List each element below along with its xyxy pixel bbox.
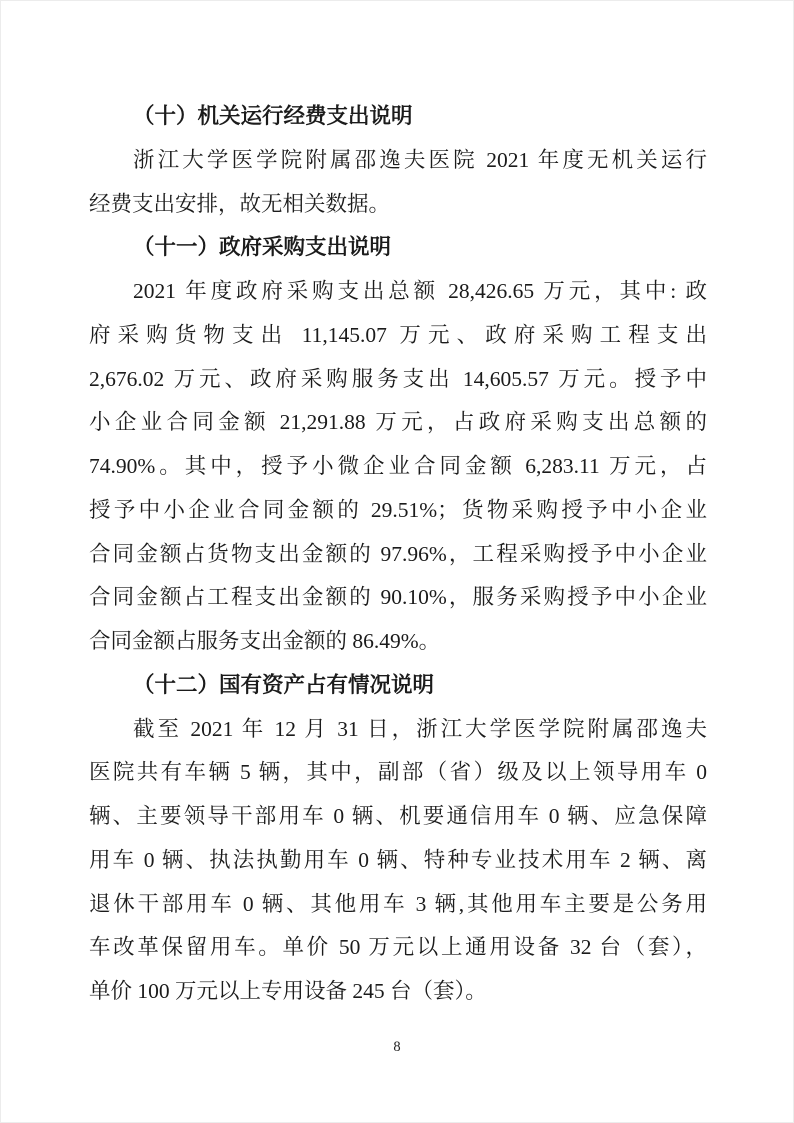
body-line: 2021 年度政府采购支出总额 28,426.65 万元，其中: 政 bbox=[89, 270, 707, 314]
body-line: 用车 0 辆、执法执勤用车 0 辆、特种专业技术用车 2 辆、离 bbox=[89, 839, 707, 883]
body-line: 74.90%。其中，授予小微企业合同金额 6,283.11 万元，占 bbox=[89, 445, 707, 489]
body-line: 2,676.02 万元、政府采购服务支出 14,605.57 万元。授予中 bbox=[89, 358, 707, 402]
heading-org-operating-expense: （十）机关运行经费支出说明 bbox=[89, 95, 707, 139]
document-page: （十）机关运行经费支出说明 浙江大学医学院附属邵逸夫医院 2021 年度无机关运… bbox=[0, 0, 794, 1123]
body-line: 合同金额占服务支出金额的 86.49%。 bbox=[89, 620, 707, 664]
body-line: 辆、主要领导干部用车 0 辆、机要通信用车 0 辆、应急保障 bbox=[89, 795, 707, 839]
body-line: 小企业合同金额 21,291.88 万元，占政府采购支出总额的 bbox=[89, 401, 707, 445]
body-line: 合同金额占工程支出金额的 90.10%，服务采购授予中小企业 bbox=[89, 576, 707, 620]
body-line: 浙江大学医学院附属邵逸夫医院 2021 年度无机关运行 bbox=[89, 139, 707, 183]
body-line: 经费支出安排，故无相关数据。 bbox=[89, 183, 707, 227]
body-line: 退休干部用车 0 辆、其他用车 3 辆,其他用车主要是公务用 bbox=[89, 883, 707, 927]
body-line: 车改革保留用车。单价 50 万元以上通用设备 32 台（套）， bbox=[89, 926, 707, 970]
document-body: （十）机关运行经费支出说明 浙江大学医学院附属邵逸夫医院 2021 年度无机关运… bbox=[89, 95, 707, 1014]
body-line: 单价 100 万元以上专用设备 245 台（套）。 bbox=[89, 970, 707, 1014]
body-line: 府采购货物支出 11,145.07 万元、政府采购工程支出 bbox=[89, 314, 707, 358]
body-line: 授予中小企业合同金额的 29.51%；货物采购授予中小企业 bbox=[89, 489, 707, 533]
heading-state-assets: （十二）国有资产占有情况说明 bbox=[89, 664, 707, 708]
body-line: 截至 2021 年 12 月 31 日，浙江大学医学院附属邵逸夫 bbox=[89, 708, 707, 752]
page-number: 8 bbox=[1, 1039, 793, 1056]
body-line: 合同金额占货物支出金额的 97.96%，工程采购授予中小企业 bbox=[89, 533, 707, 577]
heading-gov-procurement: （十一）政府采购支出说明 bbox=[89, 226, 707, 270]
body-line: 医院共有车辆 5 辆，其中，副部（省）级及以上领导用车 0 bbox=[89, 751, 707, 795]
